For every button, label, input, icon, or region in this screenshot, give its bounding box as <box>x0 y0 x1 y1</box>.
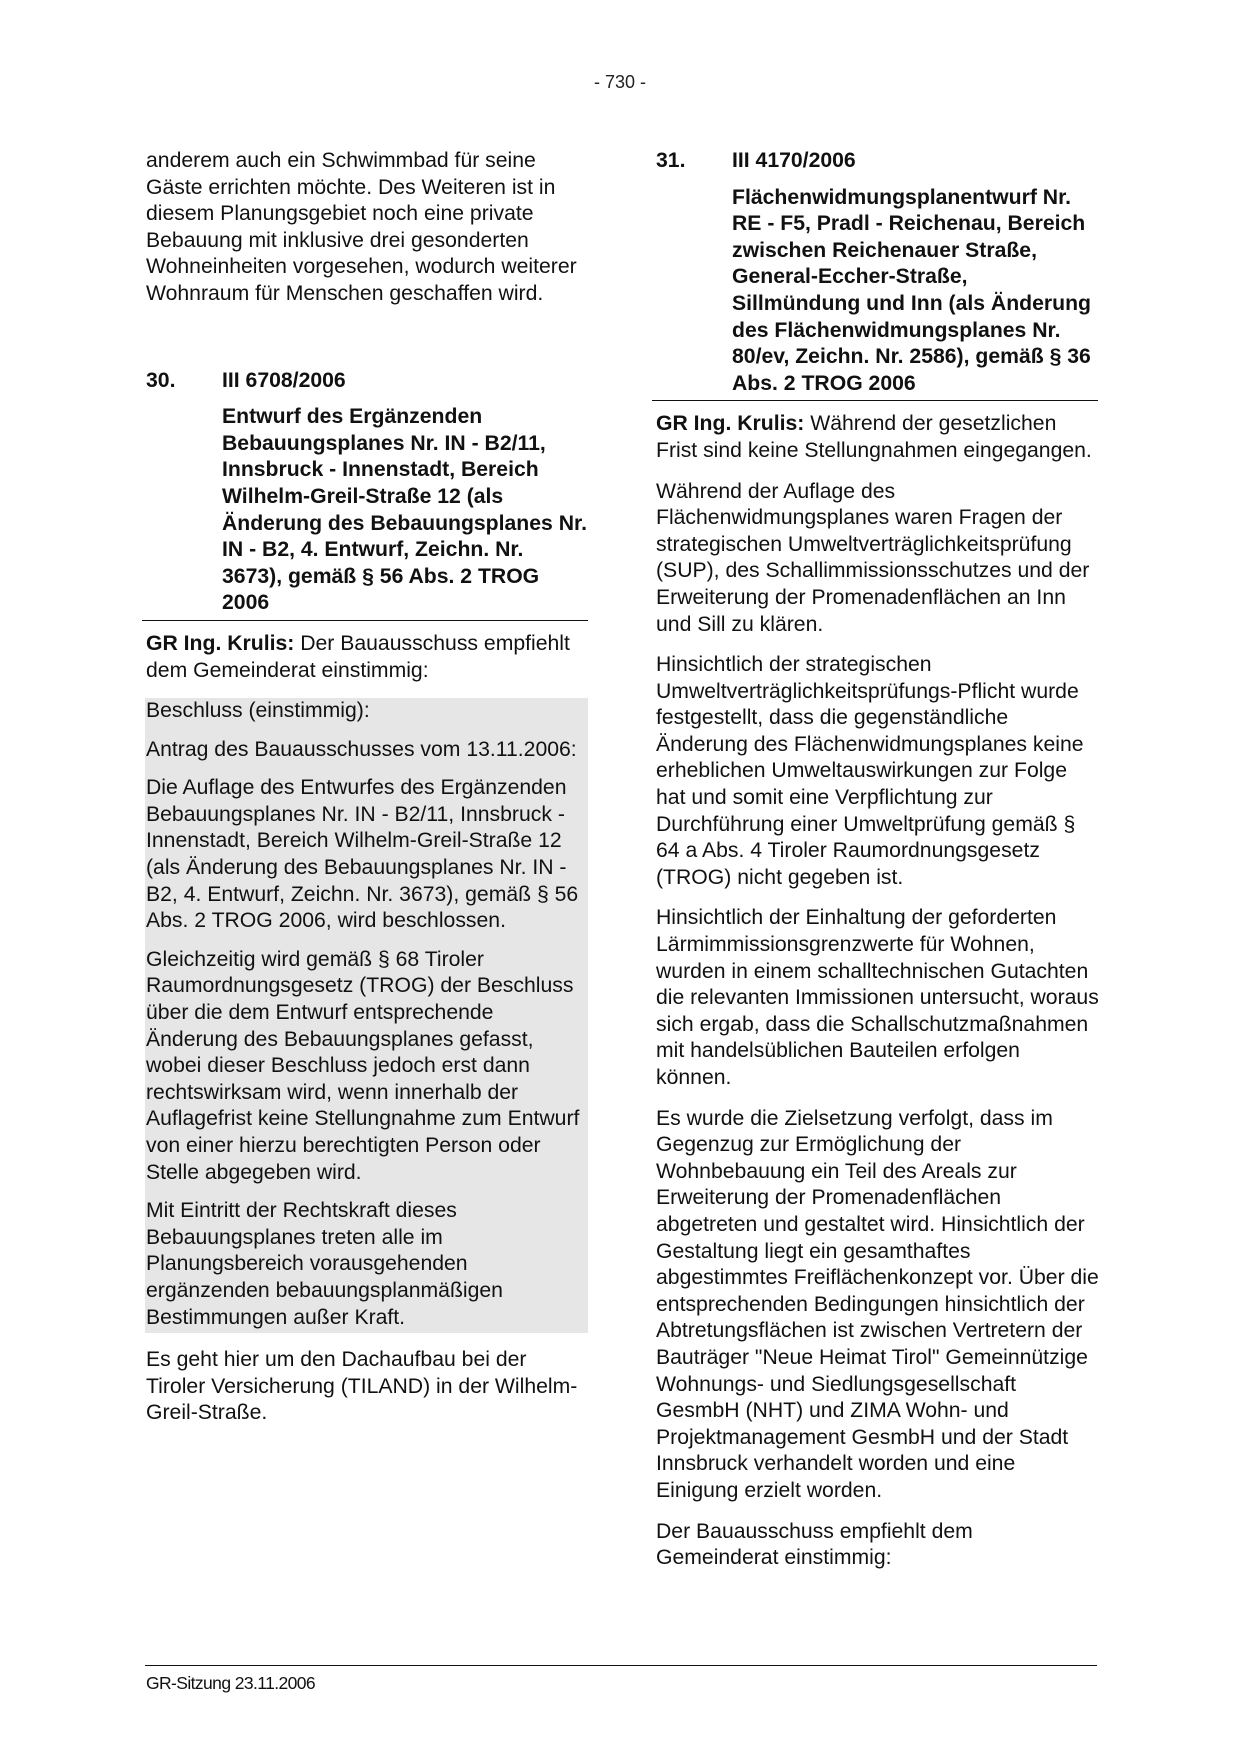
decision-paragraph: Gleichzeitig wird gemäß § 68 Tiroler Rau… <box>146 947 588 1186</box>
right-column: 31. III 4170/2006 Flächenwidmungsplanent… <box>656 148 1099 1586</box>
section-rule <box>142 620 588 621</box>
body-paragraph: Der Bauausschuss empfiehlt dem Gemeinder… <box>656 1519 1099 1572</box>
body-paragraph: Hinsichtlich der Einhaltung der geforder… <box>656 905 1099 1091</box>
page-number: - 730 - <box>0 72 1240 93</box>
closing-paragraph: Es geht hier um den Dachaufbau bei der T… <box>146 1347 589 1427</box>
item-number: 31. <box>656 148 685 175</box>
decision-heading: Beschluss (einstimmig): <box>146 698 588 725</box>
body-paragraph: Hinsichtlich der strategischen Umweltver… <box>656 652 1099 891</box>
body-paragraph: Es wurde die Zielsetzung verfolgt, dass … <box>656 1106 1099 1505</box>
decision-paragraph: Mit Eintritt der Rechtskraft dieses Beba… <box>146 1198 588 1331</box>
section-rule <box>652 400 1098 401</box>
speaker-name: GR Ing. Krulis: <box>146 632 294 655</box>
footer-rule <box>145 1665 1097 1666</box>
agenda-item-30-header: 30. III 6708/2006 Entwurf des Ergänzende… <box>146 368 589 620</box>
continued-paragraph: anderem auch ein Schwimmbad für seine Gä… <box>146 148 589 308</box>
item-reference: III 4170/2006 <box>732 148 1099 175</box>
speaker-paragraph: GR Ing. Krulis: Während der gesetzlichen… <box>656 411 1099 464</box>
item-title: Flächenwidmungsplanentwurf Nr. RE - F5, … <box>732 185 1099 401</box>
spacer <box>146 308 589 368</box>
agenda-item-31-header: 31. III 4170/2006 Flächenwidmungsplanent… <box>656 148 1099 400</box>
decision-box: Beschluss (einstimmig): Antrag des Bauau… <box>145 698 588 1333</box>
body-paragraph: Während der Auflage des Flächenwidmungsp… <box>656 479 1099 639</box>
decision-motion: Antrag des Bauausschusses vom 13.11.2006… <box>146 737 588 764</box>
footer-session-date: GR-Sitzung 23.11.2006 <box>146 1673 315 1694</box>
item-title: Entwurf des Ergänzenden Bebauungsplanes … <box>222 404 589 620</box>
item-number: 30. <box>146 368 175 395</box>
item-reference: III 6708/2006 <box>222 368 589 395</box>
left-column: anderem auch ein Schwimmbad für seine Gä… <box>146 148 589 1441</box>
decision-paragraph: Die Auflage des Entwurfes des Ergänzende… <box>146 775 588 935</box>
speaker-name: GR Ing. Krulis: <box>656 412 804 435</box>
speaker-paragraph: GR Ing. Krulis: Der Bauausschuss empfieh… <box>146 631 589 684</box>
